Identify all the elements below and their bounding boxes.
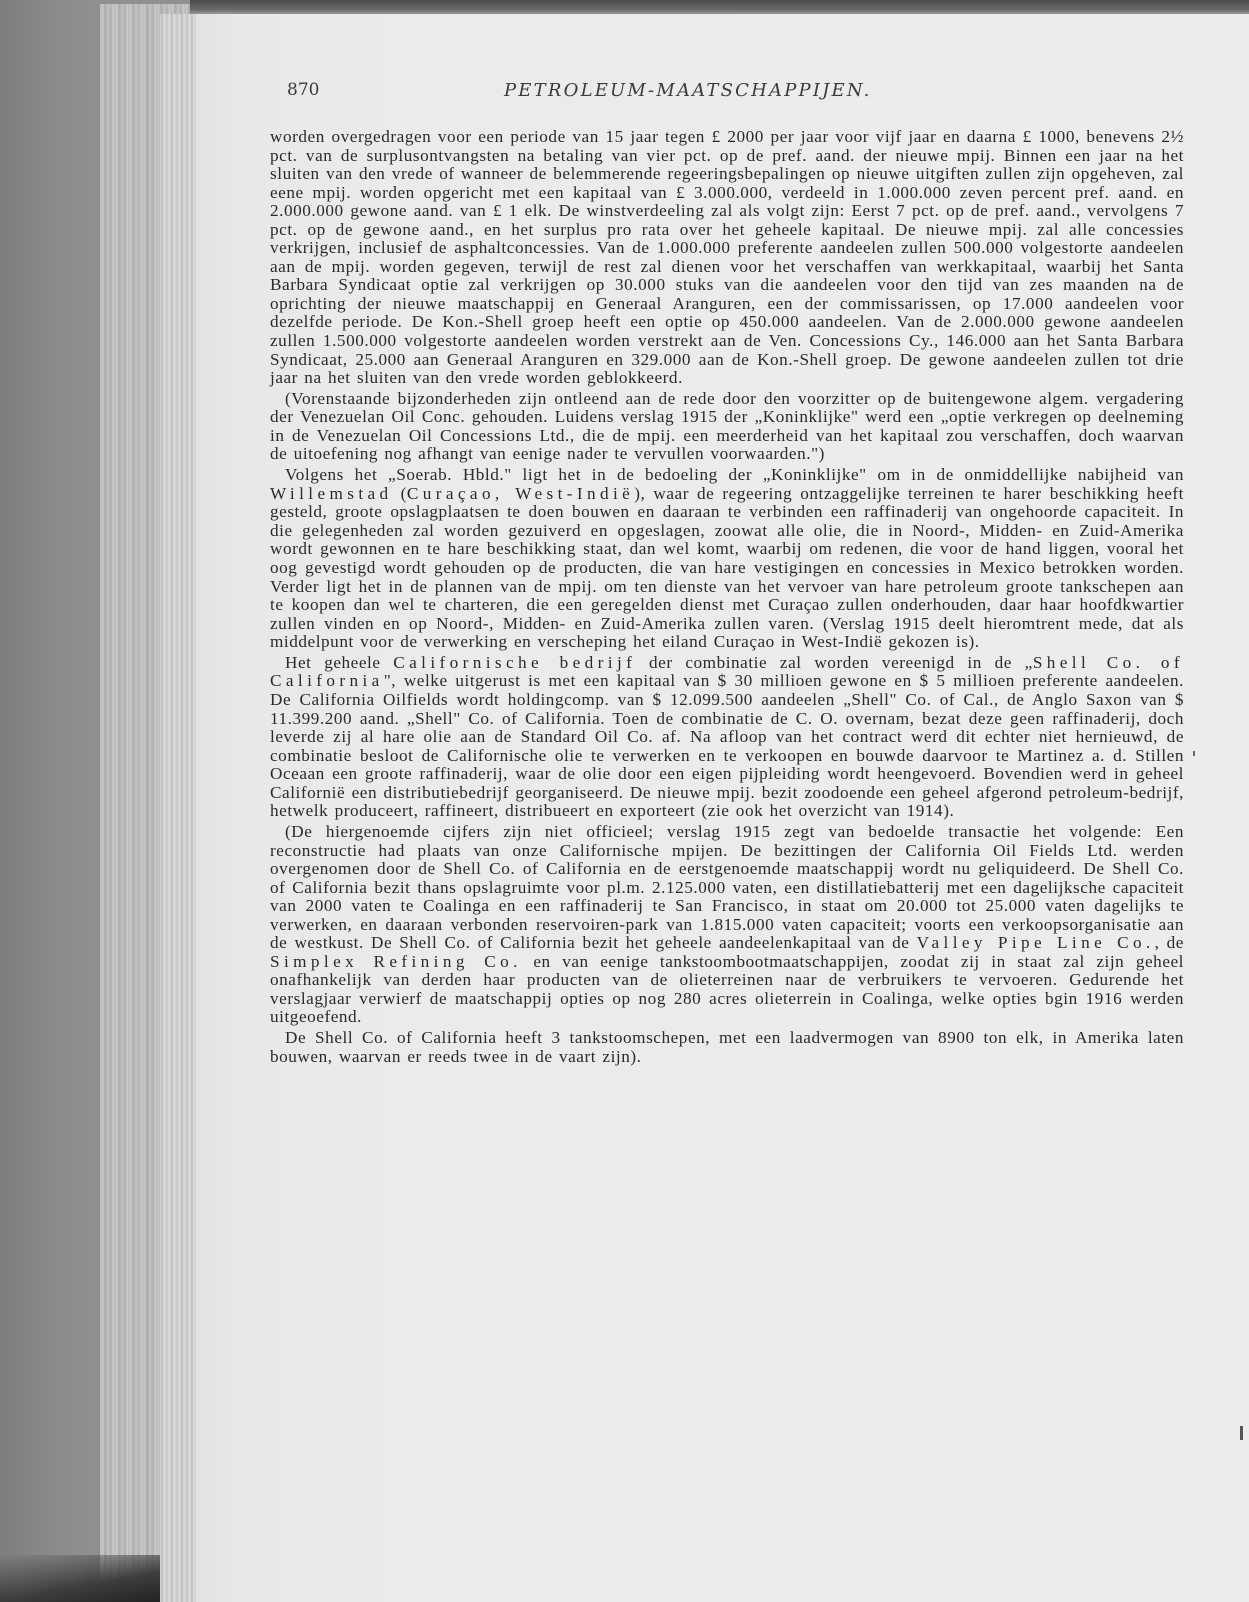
margin-mark	[1240, 1426, 1243, 1440]
page-number: 870	[287, 80, 319, 100]
paragraph: (Vorenstaande bijzonderheden zijn ontlee…	[270, 390, 1184, 464]
paragraph: Volgens het „Soerab. Hbld." ligt het in …	[270, 466, 1184, 651]
paragraph: De Shell Co. of California heeft 3 tanks…	[270, 1029, 1184, 1066]
bottom-shadow	[0, 1555, 160, 1602]
spaced-emphasis: Valley Pipe Line Co.	[917, 933, 1155, 952]
spaced-emphasis: Curaçao, West-Indië	[407, 484, 634, 503]
body-text: worden overgedragen voor een periode van…	[270, 128, 1184, 1068]
spaced-emphasis: Californische bedrijf	[393, 653, 636, 672]
top-page-edge	[190, 0, 1249, 14]
spaced-emphasis: Willemstad	[270, 484, 393, 503]
paragraph: worden overgedragen voor een periode van…	[270, 128, 1184, 388]
paragraph: Het geheele Californische bedrijf der co…	[270, 654, 1184, 821]
text-run: ", welke uitgerust is met een kapitaal v…	[270, 671, 1184, 820]
running-head: 870 PETROLEUM-MAATSCHAPPIJEN.	[287, 80, 1167, 110]
text-run: Volgens het „Soerab. Hbld." ligt het in …	[285, 465, 1184, 484]
spaced-emphasis: Simplex Refining Co.	[270, 952, 522, 971]
text-run: ), waar de regeering ontzaggelijke terre…	[270, 484, 1184, 651]
margin-mark	[1193, 751, 1195, 756]
text-run: , de	[1155, 933, 1184, 952]
text-run: Het geheele	[285, 653, 393, 672]
running-title: PETROLEUM-MAATSCHAPPIJEN.	[504, 80, 872, 101]
text-run: der combinatie zal worden vereenigd in d…	[636, 653, 1033, 672]
text-run: (	[393, 484, 407, 503]
book-page-edges-inner	[160, 14, 196, 1602]
paragraph: (De hiergenoemde cijfers zijn niet offic…	[270, 823, 1184, 1027]
